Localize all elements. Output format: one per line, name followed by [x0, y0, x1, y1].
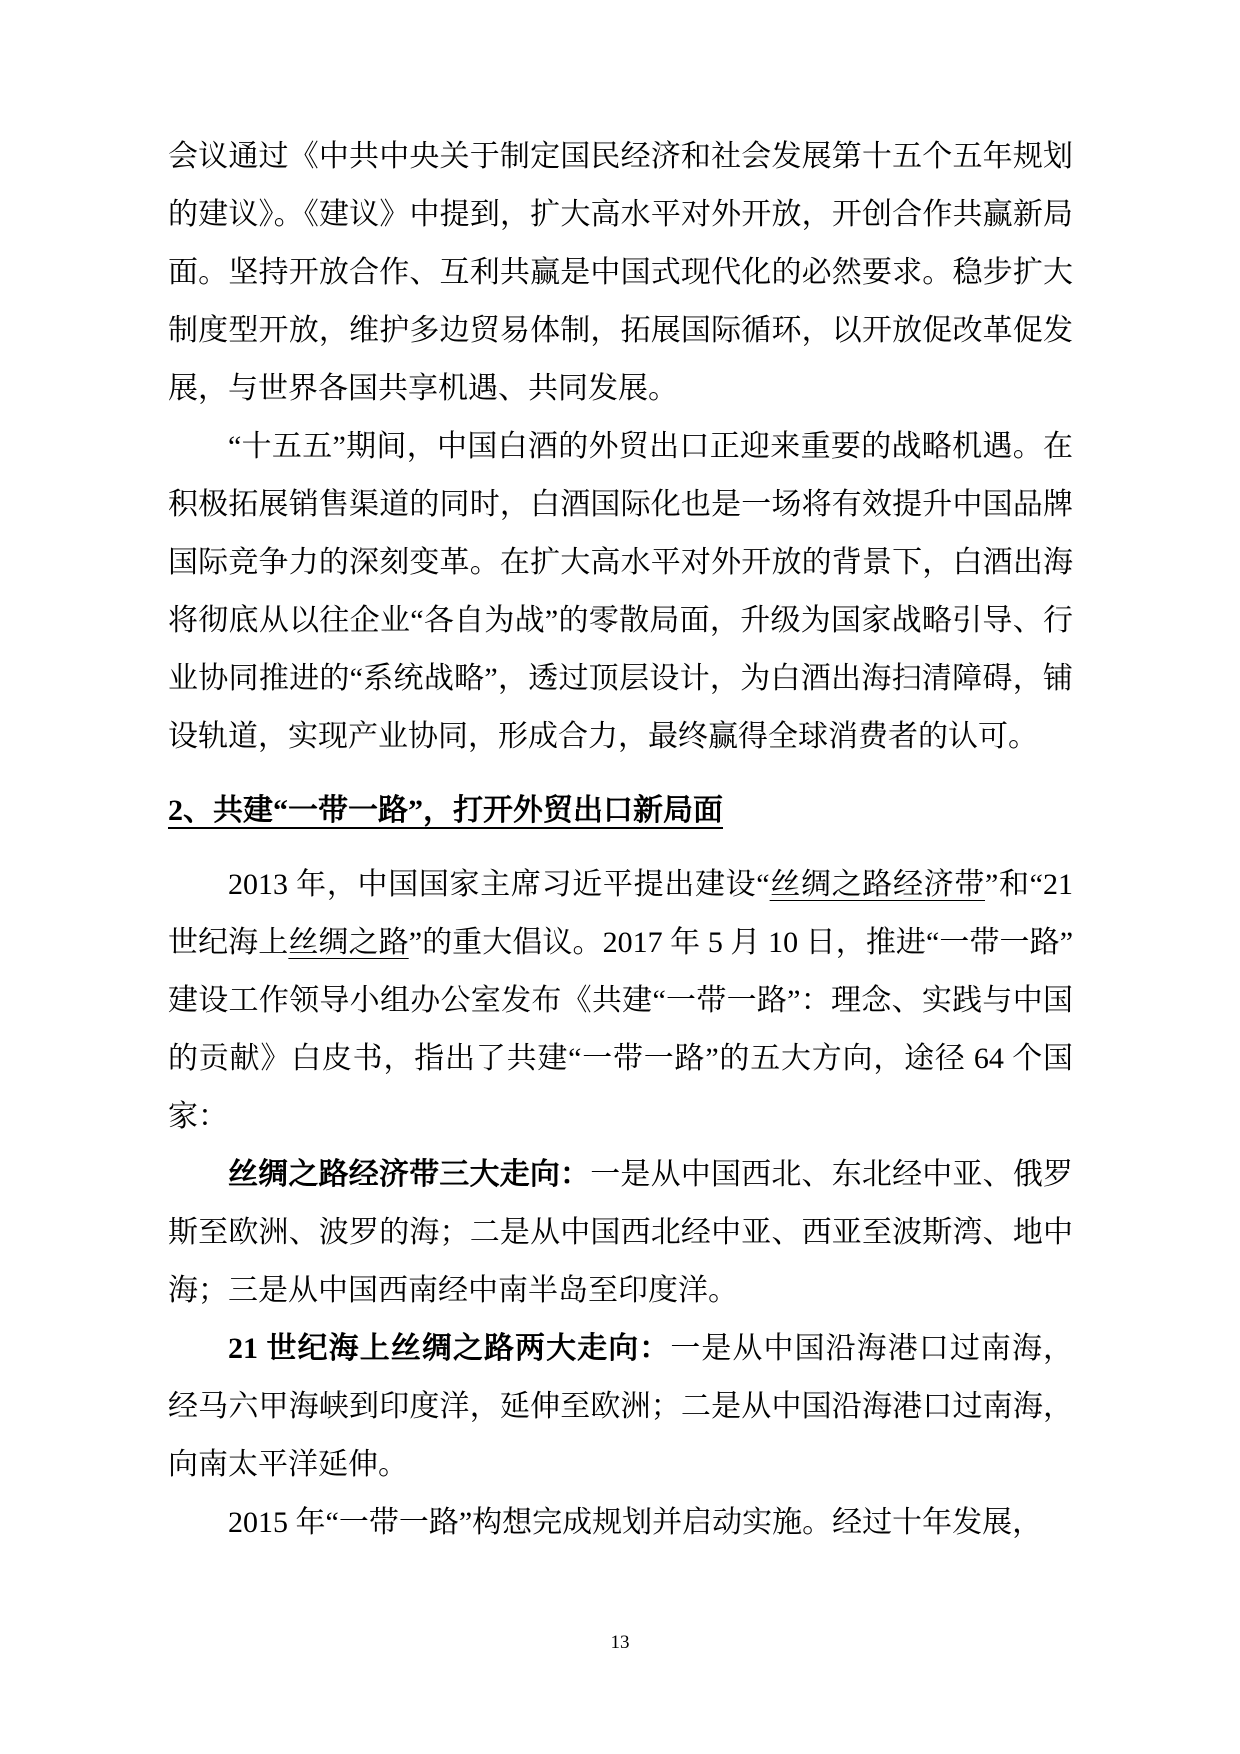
- paragraph: 丝绸之路经济带三大走向：一是从中国西北、东北经中亚、俄罗斯至欧洲、波罗的海；二是…: [168, 1146, 1073, 1320]
- text-run: 会议通过《中共中央关于制定国民经济和社会发展第十五个五年规划的建议》。《建议》中…: [168, 140, 1073, 405]
- paragraph: 2013 年，中国国家主席习近平提出建设“丝绸之路经济带”和“21 世纪海上丝绸…: [168, 856, 1073, 1146]
- text-run: 2015 年“一带一路”构想完成规划并启动实施。经过十年发展，: [228, 1506, 1042, 1539]
- paragraph: 会议通过《中共中央关于制定国民经济和社会发展第十五个五年规划的建议》。《建议》中…: [168, 128, 1073, 418]
- paragraph: “十五五”期间，中国白酒的外贸出口正迎来重要的战略机遇。在积极拓展销售渠道的同时…: [168, 418, 1073, 766]
- text-run: 2013 年，中国国家主席习近平提出建设“: [228, 868, 770, 901]
- document-body: 会议通过《中共中央关于制定国民经济和社会发展第十五个五年规划的建议》。《建议》中…: [168, 128, 1073, 1552]
- text-run: 丝绸之路: [288, 926, 408, 959]
- page-number: 13: [0, 1632, 1240, 1654]
- paragraph: 21 世纪海上丝绸之路两大走向：一是从中国沿海港口过南海，经马六甲海峡到印度洋，…: [168, 1320, 1073, 1494]
- document-page: 会议通过《中共中央关于制定国民经济和社会发展第十五个五年规划的建议》。《建议》中…: [0, 0, 1240, 1754]
- text-run: “十五五”期间，中国白酒的外贸出口正迎来重要的战略机遇。在积极拓展销售渠道的同时…: [168, 430, 1073, 753]
- text-run: 21 世纪海上丝绸之路两大走向：: [228, 1332, 670, 1365]
- section-heading: 2、共建“一带一路”，打开外贸出口新局面: [168, 782, 1073, 840]
- text-run: 丝绸之路经济带: [770, 868, 985, 901]
- text-run: 丝绸之路经济带三大走向：: [228, 1158, 590, 1191]
- paragraph: 2015 年“一带一路”构想完成规划并启动实施。经过十年发展，: [168, 1494, 1073, 1552]
- text-run: 2、共建“一带一路”，打开外贸出口新局面: [168, 794, 723, 827]
